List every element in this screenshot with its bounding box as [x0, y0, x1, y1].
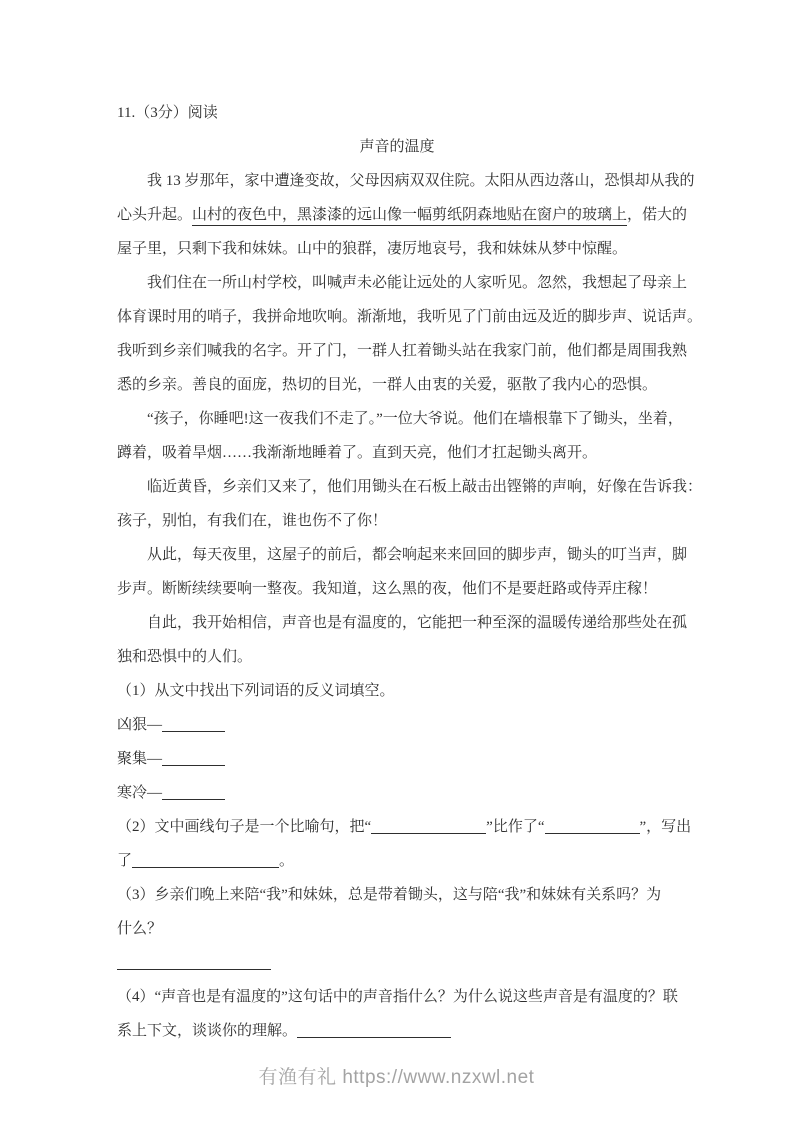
sub-question-3-cont: 什么？	[117, 912, 677, 946]
vocab-blank-3: 寒冷—	[117, 776, 677, 810]
sub-question-2: （2）文中画线句子是一个比喻句，把“”比作了“”，写出	[117, 810, 677, 844]
sub-question-1: （1）从文中找出下列词语的反义词填空。	[117, 674, 677, 708]
text-segment: 声音的温度	[359, 139, 434, 155]
text-segment: 屋子里，只剩下我和妹妹。山中的狼群，凄厉地哀号，我和妹妹从梦中惊醒。	[117, 241, 627, 257]
passage-line: 临近黄昏，乡亲们又来了，他们用锄头在石板上敲击出铿锵的声响，好像在告诉我：	[117, 470, 677, 504]
watermark-text: 有渔有礼 https://www.nzxwl.net	[259, 1067, 535, 1088]
sub-question-2-cont: 了。	[117, 844, 677, 878]
text-segment: 11.（3分）阅读	[117, 105, 218, 121]
sub-question-4-cont: 系上下文，谈谈你的理解。	[117, 1014, 677, 1048]
passage-line: 悉的乡亲。善良的面庞，热切的目光，一群人由衷的关爱，驱散了我内心的恐惧。	[117, 368, 677, 402]
sub-question-3: （3）乡亲们晚上来陪“我”和妹妹，总是带着锄头，这与陪“我”和妹妹有关系吗？为	[117, 878, 677, 912]
watermark-footer: 有渔有礼 https://www.nzxwl.net	[0, 1062, 793, 1089]
sub-question-4: （4）“声音也是有温度的”这句话中的声音指什么？为什么说这些声音是有温度的？联	[117, 980, 677, 1014]
passage-line: 蹲着，吸着旱烟……我渐渐地睡着了。直到天亮，他们才扛起锄头离开。	[117, 436, 677, 470]
text-segment: ”，写出	[640, 819, 692, 835]
document-page: 11.（3分）阅读声音的温度我 13 岁那年，家中遭逢变故，父母因病双双住院。太…	[0, 0, 793, 1122]
passage-line: 步声。断断续续要响一整夜。我知道，这么黑的夜，他们不是要赶路或侍弄庄稼！	[117, 572, 677, 606]
text-segment: （3）乡亲们晚上来陪“我”和妹妹，总是带着锄头，这与陪“我”和妹妹有关系吗？为	[117, 887, 661, 903]
text-segment: 了	[117, 853, 132, 869]
passage-line: 自此，我开始相信，声音也是有温度的，它能把一种至深的温暖传递给那些处在孤	[117, 606, 677, 640]
passage-line: 心头升起。山村的夜色中，黑漆漆的远山像一幅剪纸阴森地贴在窗户的玻璃上，偌大的	[117, 198, 677, 232]
text-segment: （4）“声音也是有温度的”这句话中的声音指什么？为什么说这些声音是有温度的？联	[117, 989, 678, 1005]
text-segment: 悉的乡亲。善良的面庞，热切的目光，一群人由衷的关爱，驱散了我内心的恐惧。	[117, 377, 657, 393]
text-segment: 蹲着，吸着旱烟……我渐渐地睡着了。直到天亮，他们才扛起锄头离开。	[117, 445, 597, 461]
answer-blank	[371, 821, 486, 834]
passage-line: 独和恐惧中的人们。	[117, 640, 677, 674]
question-header: 11.（3分）阅读	[117, 96, 677, 130]
passage-line: “孩子，你睡吧!这一夜我们不走了。”一位大爷说。他们在墙根靠下了锄头，坐着，	[117, 402, 677, 436]
passage-line: 我 13 岁那年，家中遭逢变故，父母因病双双住院。太阳从西边落山，恐惧却从我的	[117, 164, 677, 198]
text-segment: 心头升起。	[117, 207, 192, 223]
answer-blank	[162, 753, 225, 766]
vocab-blank-2: 聚集—	[117, 742, 677, 776]
text-segment: （2）文中画线句子是一个比喻句，把“	[117, 819, 371, 835]
text-segment: 独和恐惧中的人们。	[117, 649, 252, 665]
text-segment: 自此，我开始相信，声音也是有温度的，它能把一种至深的温暖传递给那些处在孤	[147, 615, 687, 631]
vocab-blank-1: 凶狠—	[117, 708, 677, 742]
passage-line: 屋子里，只剩下我和妹妹。山中的狼群，凄厉地哀号，我和妹妹从梦中惊醒。	[117, 232, 677, 266]
underlined-text: 山村的夜色中，黑漆漆的远山像一幅剪纸阴森地贴在窗户的玻璃上	[192, 207, 627, 226]
exam-question-block: 11.（3分）阅读声音的温度我 13 岁那年，家中遭逢变故，父母因病双双住院。太…	[117, 96, 677, 1048]
answer-blank	[297, 1025, 451, 1038]
text-segment: 聚集—	[117, 751, 162, 767]
text-segment: 我 13 岁那年，家中遭逢变故，父母因病双双住院。太阳从西边落山，恐惧却从我的	[147, 173, 695, 189]
text-segment: 步声。断断续续要响一整夜。我知道，这么黑的夜，他们不是要赶路或侍弄庄稼！	[117, 581, 657, 597]
passage-line: 体育课时用的哨子，我拼命地吹响。渐渐地，我听见了门前由远及近的脚步声、说话声。	[117, 300, 677, 334]
answer-blank	[545, 821, 640, 834]
text-segment: 凶狠—	[117, 717, 162, 733]
text-segment: 临近黄昏，乡亲们又来了，他们用锄头在石板上敲击出铿锵的声响，好像在告诉我：	[147, 479, 702, 495]
text-segment: （1）从文中找出下列词语的反义词填空。	[117, 683, 395, 699]
text-segment: 寒冷—	[117, 785, 162, 801]
text-segment: 我们住在一所山村学校，叫喊声未必能让远处的人家听见。忽然，我想起了母亲上	[147, 275, 687, 291]
answer-blank	[132, 855, 279, 868]
passage-line: 从此，每天夜里，这屋子的前后，都会响起来来回回的脚步声，锄头的叮当声，脚	[117, 538, 677, 572]
text-segment: 系上下文，谈谈你的理解。	[117, 1023, 297, 1039]
text-segment: 从此，每天夜里，这屋子的前后，都会响起来来回回的脚步声，锄头的叮当声，脚	[147, 547, 687, 563]
passage-title: 声音的温度	[117, 130, 677, 164]
answer-line	[117, 946, 677, 980]
passage-line: 孩子，别怕，有我们在，谁也伤不了你！	[117, 504, 677, 538]
text-segment: 我听到乡亲们喊我的名字。开了门，一群人扛着锄头站在我家门前，他们都是周围我熟	[117, 343, 687, 359]
text-segment: 什么？	[117, 921, 162, 937]
answer-blank	[162, 787, 225, 800]
text-segment: 。	[279, 853, 294, 869]
passage-line: 我们住在一所山村学校，叫喊声未必能让远处的人家听见。忽然，我想起了母亲上	[117, 266, 677, 300]
text-segment: ，偌大的	[627, 207, 687, 223]
text-segment: “孩子，你睡吧!这一夜我们不走了。”一位大爷说。他们在墙根靠下了锄头，坐着，	[147, 411, 683, 427]
text-segment: ”比作了“	[486, 819, 544, 835]
text-segment: 孩子，别怕，有我们在，谁也伤不了你！	[117, 513, 387, 529]
answer-blank	[117, 957, 271, 970]
answer-blank	[162, 719, 225, 732]
text-segment: 体育课时用的哨子，我拼命地吹响。渐渐地，我听见了门前由远及近的脚步声、说话声。	[117, 309, 702, 325]
passage-line: 我听到乡亲们喊我的名字。开了门，一群人扛着锄头站在我家门前，他们都是周围我熟	[117, 334, 677, 368]
